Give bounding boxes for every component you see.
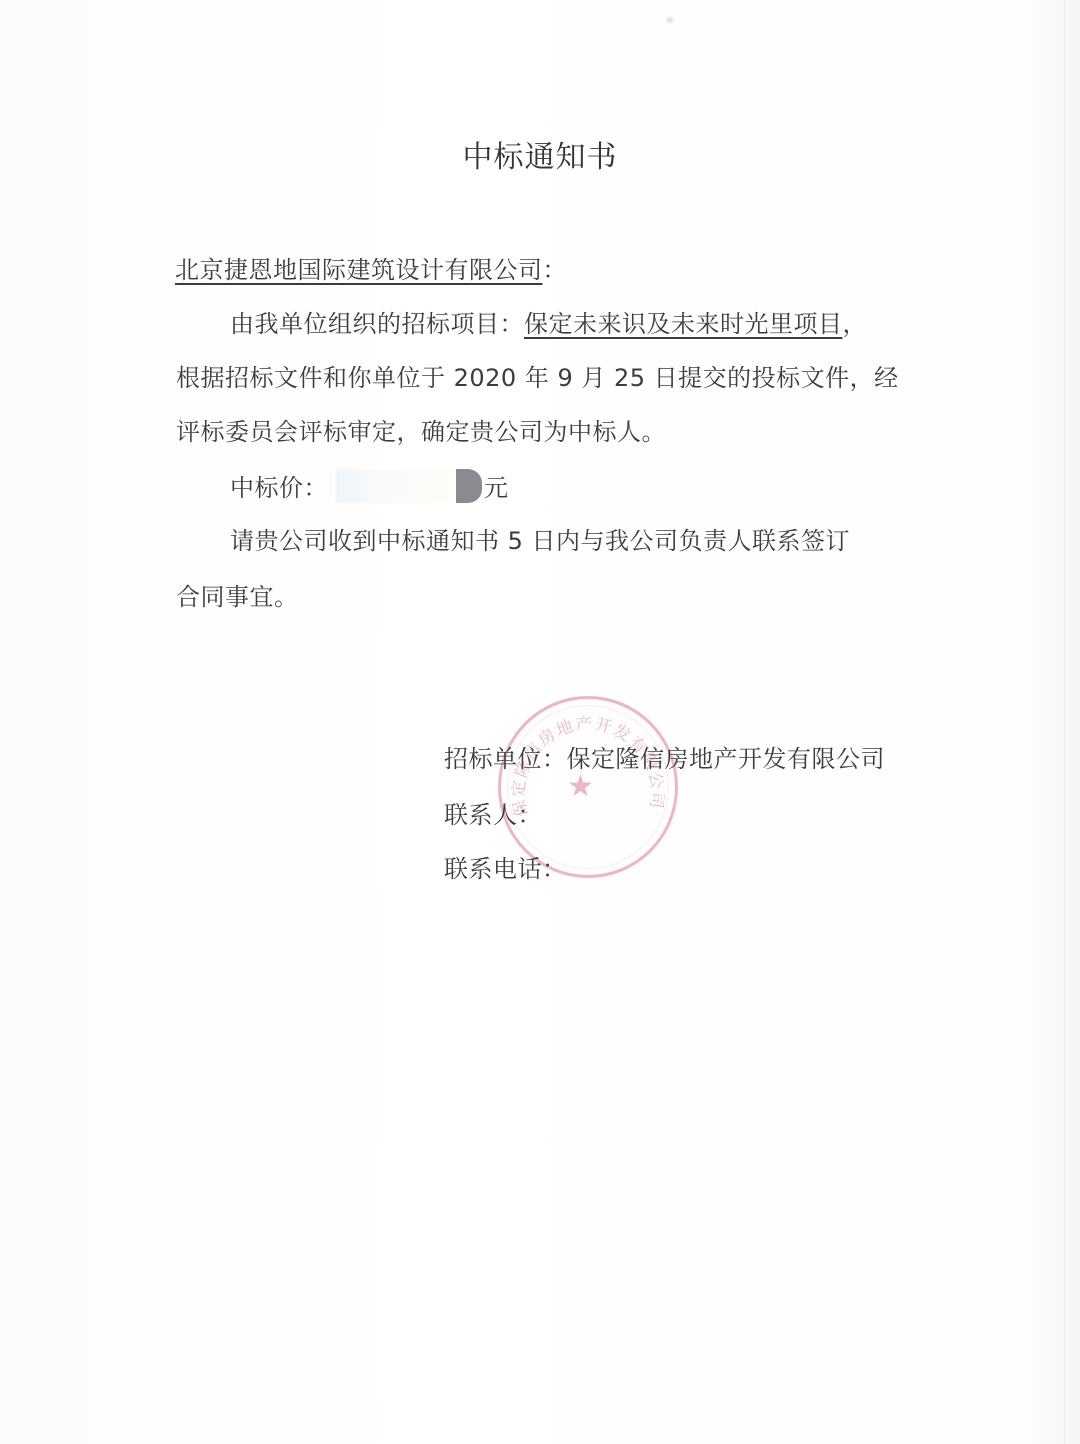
paragraph-2-line-2: 评标委员会评标审定，确定贵公司为中标人。: [176, 412, 666, 447]
scan-speck: [665, 15, 675, 25]
addressee-colon: ：: [543, 256, 568, 284]
document-title: 中标通知书: [0, 132, 1080, 176]
issuer-line: 招标单位：保定隆信房地产开发有限公司: [444, 739, 885, 774]
phone-label: 联系电话：: [444, 855, 567, 883]
phone-line: 联系电话：: [444, 849, 567, 884]
bid-price-redaction: [328, 469, 484, 503]
page-edge-line: [1064, 0, 1066, 1444]
addressee-company: 北京捷恩地国际建筑设计有限公司: [175, 256, 543, 284]
issuer-label: 招标单位：: [444, 745, 567, 773]
paragraph-3-line-2: 合同事宜。: [176, 577, 299, 612]
bid-price-label: 中标价：: [230, 474, 328, 502]
paragraph-2-line-1: 根据招标文件和你单位于 2020 年 9 月 25 日提交的投标文件，经: [176, 358, 906, 393]
redaction-blur: [336, 469, 456, 503]
bid-price-line: 中标价：元: [230, 468, 509, 503]
contact-line: 联系人：: [444, 795, 542, 830]
paragraph-2-line-1-text: 根据招标文件和你单位于 2020 年 9 月 25 日提交的投标文件，经: [176, 358, 899, 393]
redaction-dark-block: [456, 469, 482, 503]
paragraph-1-prefix: 由我单位组织的招标项目：: [230, 310, 524, 338]
contact-label: 联系人：: [444, 801, 542, 829]
seal-inner-ring: [507, 705, 669, 869]
paper-page: 中标通知书 北京捷恩地国际建筑设计有限公司： 由我单位组织的招标项目：保定未来识…: [0, 0, 1080, 1444]
paragraph-1-suffix: ，: [843, 310, 868, 338]
addressee-line: 北京捷恩地国际建筑设计有限公司：: [175, 250, 567, 285]
paragraph-3-line-1: 请贵公司收到中标通知书 5 日内与我公司负责人联系签订: [230, 521, 850, 556]
seal-star-icon: ★: [567, 769, 594, 804]
paragraph-1: 由我单位组织的招标项目：保定未来识及未来时光里项目，: [230, 304, 867, 339]
issuer-name: 保定隆信房地产开发有限公司: [567, 745, 886, 773]
project-name: 保定未来识及未来时光里项目: [524, 310, 843, 338]
bid-price-unit: 元: [484, 474, 509, 502]
